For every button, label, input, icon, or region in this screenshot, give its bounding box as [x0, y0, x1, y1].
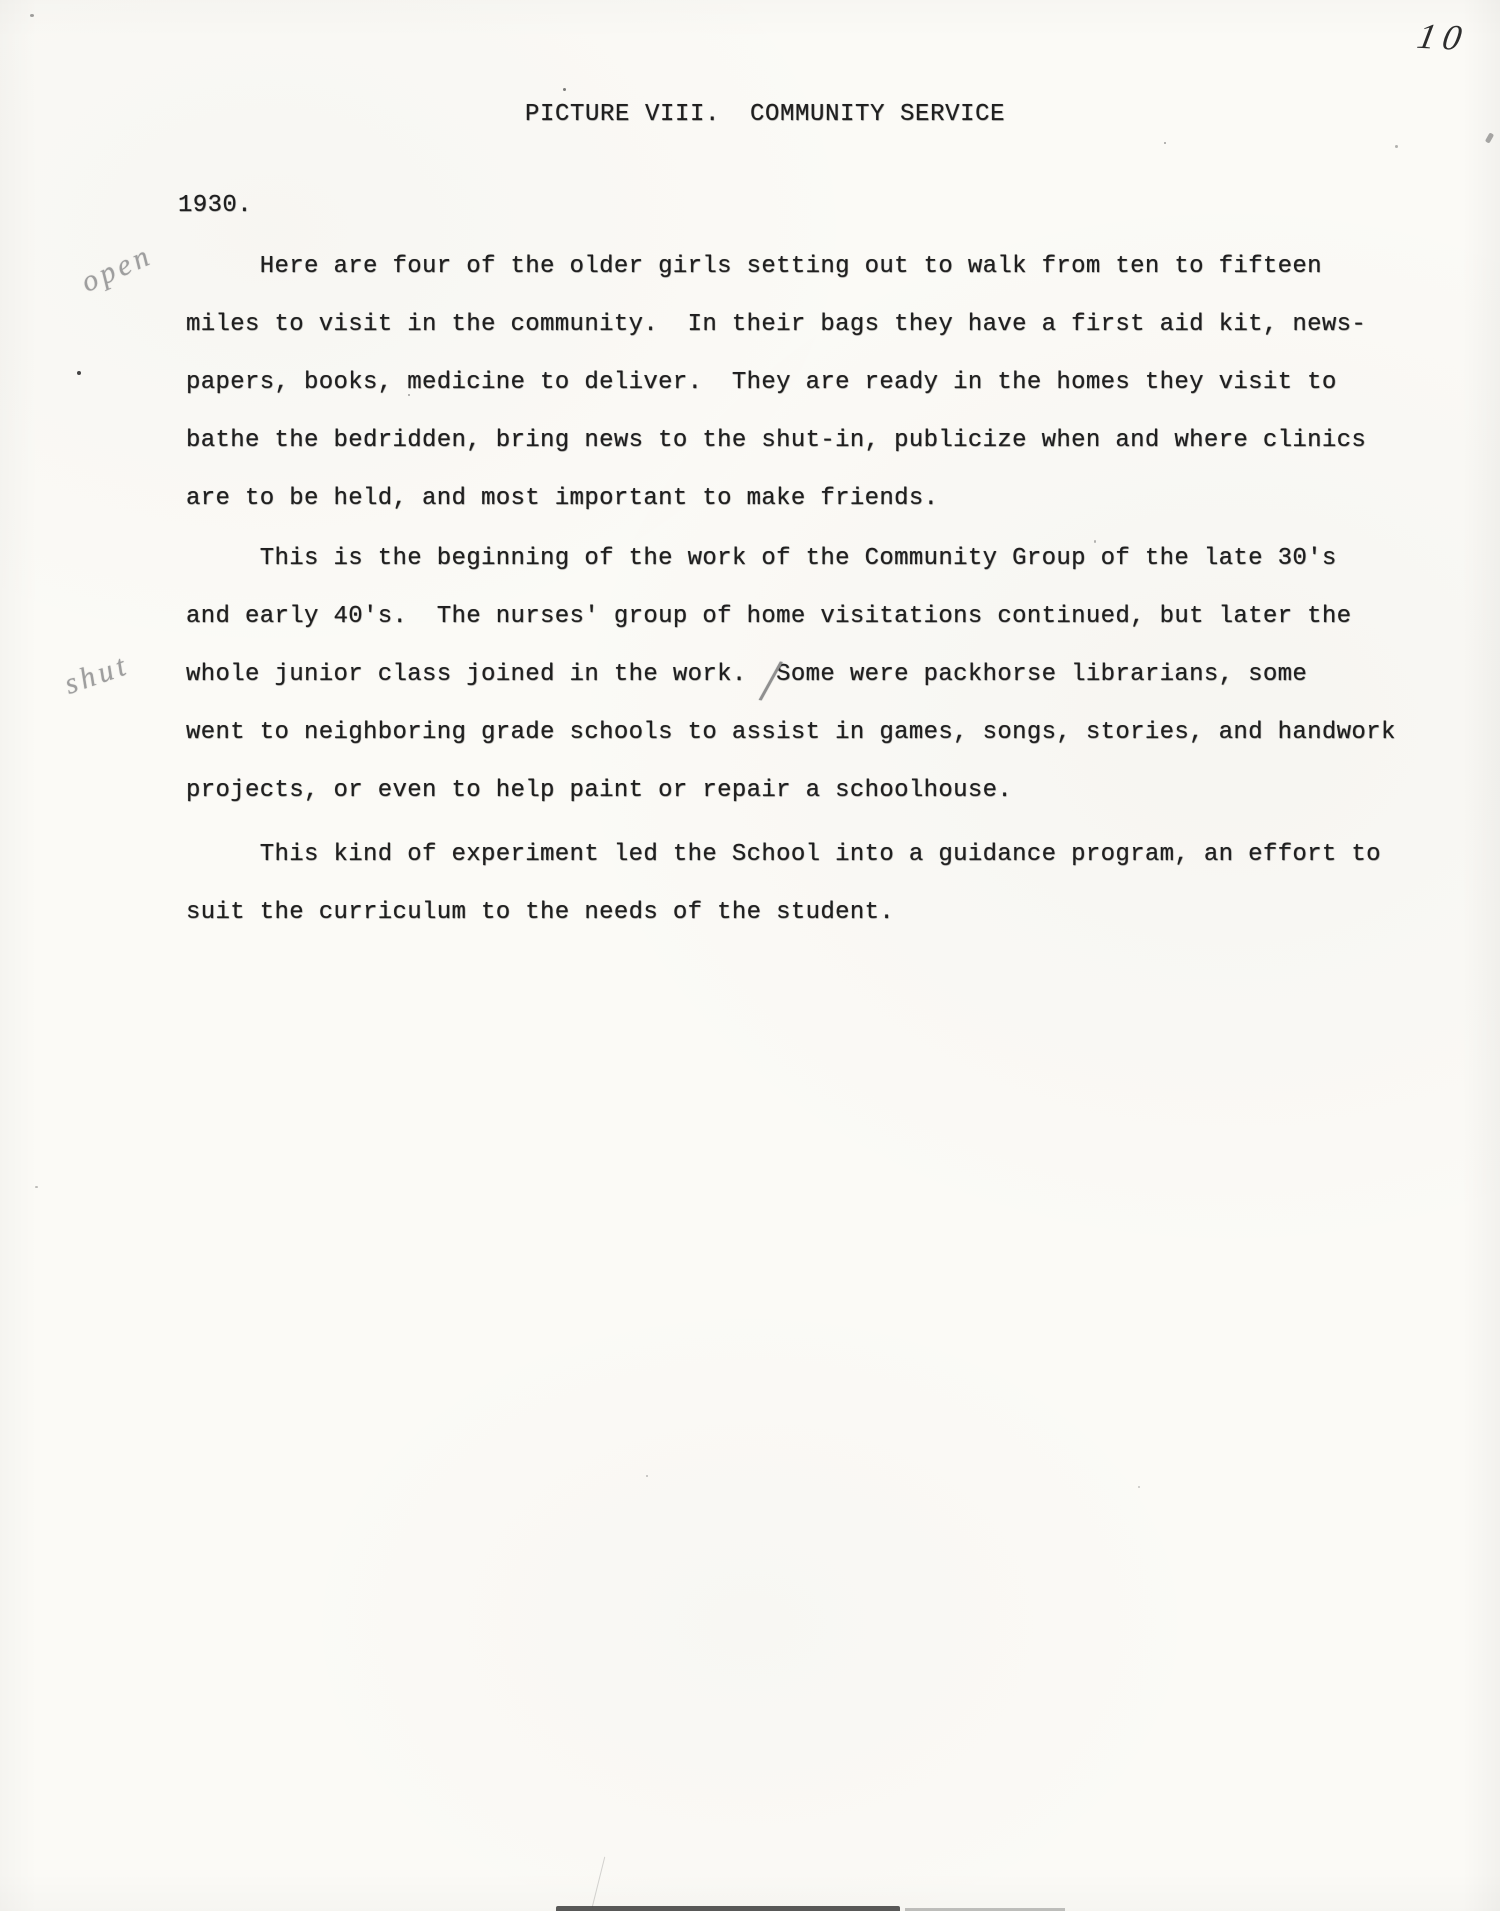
paper-speck — [646, 1475, 648, 1477]
year-heading: 1930. — [178, 192, 252, 220]
paragraph: This kind of experiment led the School i… — [186, 826, 1446, 942]
handwritten-page-number: 10 — [1414, 15, 1472, 59]
paragraph: This is the beginning of the work of the… — [186, 530, 1446, 820]
paper-speck — [1395, 145, 1398, 148]
typed-line: bathe the bedridden, bring news to the s… — [186, 412, 1446, 470]
document-title: PICTURE VIII. COMMUNITY SERVICE — [525, 101, 1005, 129]
paper-speck — [563, 88, 566, 91]
typescript-body: Here are four of the older girls setting… — [186, 238, 1446, 942]
paper-crease — [592, 1857, 606, 1908]
paper-speck — [919, 433, 921, 435]
paragraph: Here are four of the older girls setting… — [186, 238, 1446, 528]
paper-speck — [30, 14, 34, 17]
paper-speck — [1094, 540, 1096, 543]
typed-line: This is the beginning of the work of the… — [186, 530, 1446, 588]
document-page: 10 PICTURE VIII. COMMUNITY SERVICE 1930.… — [0, 0, 1500, 1911]
paper-speck — [1164, 142, 1166, 144]
paper-speck — [408, 394, 410, 396]
margin-note-shut: shut — [60, 648, 133, 702]
paper-speck — [77, 371, 81, 375]
typed-line: miles to visit in the community. In thei… — [186, 296, 1446, 354]
typed-line: suit the curriculum to the needs of the … — [186, 884, 1446, 942]
typed-line: papers, books, medicine to deliver. They… — [186, 354, 1446, 412]
typed-line: went to neighboring grade schools to ass… — [186, 704, 1446, 762]
scan-edge-artifact — [556, 1906, 900, 1911]
paper-speck — [1485, 132, 1494, 143]
typed-line: whole junior class joined in the work. S… — [186, 646, 1446, 704]
typed-line: and early 40's. The nurses' group of hom… — [186, 588, 1446, 646]
typed-line: Here are four of the older girls setting… — [186, 238, 1446, 296]
typed-line: This kind of experiment led the School i… — [186, 826, 1446, 884]
typed-line: are to be held, and most important to ma… — [186, 470, 1446, 528]
paper-speck — [35, 1186, 38, 1188]
paper-speck — [1138, 1486, 1140, 1488]
margin-note-open: open — [76, 238, 158, 299]
typed-line: projects, or even to help paint or repai… — [186, 762, 1446, 820]
